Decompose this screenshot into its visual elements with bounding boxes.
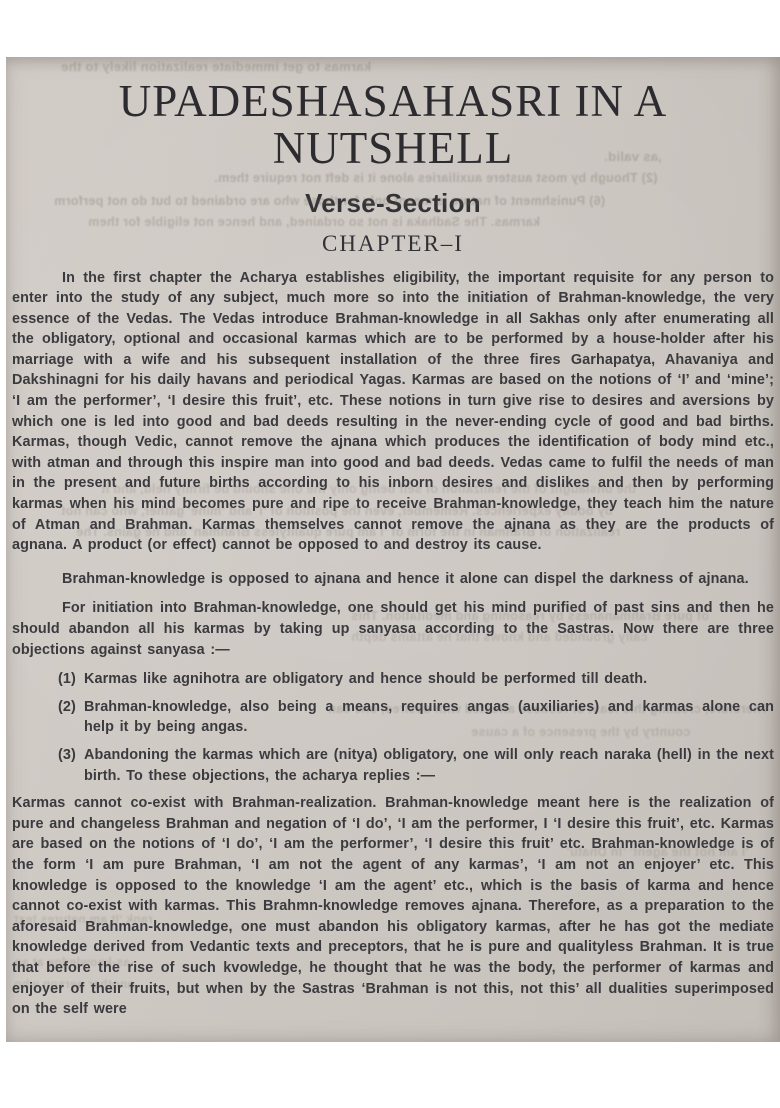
objection-item-3: (3)Abandoning the karmas which are (nity… (12, 745, 774, 786)
paragraph-intro: In the first chapter the Acharya establi… (12, 268, 774, 556)
bleedthrough-line-3: (2) Though by most austere auxiliaries a… (214, 171, 658, 185)
paragraph-brahman-knowledge: Brahman-knowledge is opposed to ajnana a… (12, 569, 774, 590)
section-subtitle: Verse-Section (6, 188, 780, 219)
objections-list: (1)Karmas like agnihotra are obligatory … (12, 669, 774, 786)
paragraph-acharya-reply: Karmas cannot co-exist with Brahman-real… (12, 793, 774, 1020)
objection-text: Karmas like agnihotra are obligatory and… (84, 669, 774, 690)
chapter-heading: CHAPTER–I (6, 231, 780, 257)
objection-text: Brahman-knowledge, also being a means, r… (84, 697, 774, 738)
objection-item-2: (2)Brahman-knowledge, also being a means… (12, 697, 774, 738)
scanned-page: karmas to get immediate realization like… (6, 57, 780, 1042)
bleedthrough-line-1: karmas to get immediate realization like… (61, 59, 371, 74)
objection-number: (1) (58, 669, 84, 690)
paragraph-initiation: For initiation into Brahman-knowledge, o… (12, 598, 774, 660)
page-title: UPADESHASAHASRI IN A NUTSHELL (14, 78, 772, 173)
body-text: In the first chapter the Acharya establi… (12, 268, 774, 1020)
objection-number: (3) (58, 745, 84, 786)
objection-item-1: (1)Karmas like agnihotra are obligatory … (12, 669, 774, 690)
objection-number: (2) (58, 697, 84, 738)
scan-background: { "page": { "title": "UPADESHASAHASRI IN… (0, 0, 780, 1108)
objection-text: Abandoning the karmas which are (nitya) … (84, 745, 774, 786)
